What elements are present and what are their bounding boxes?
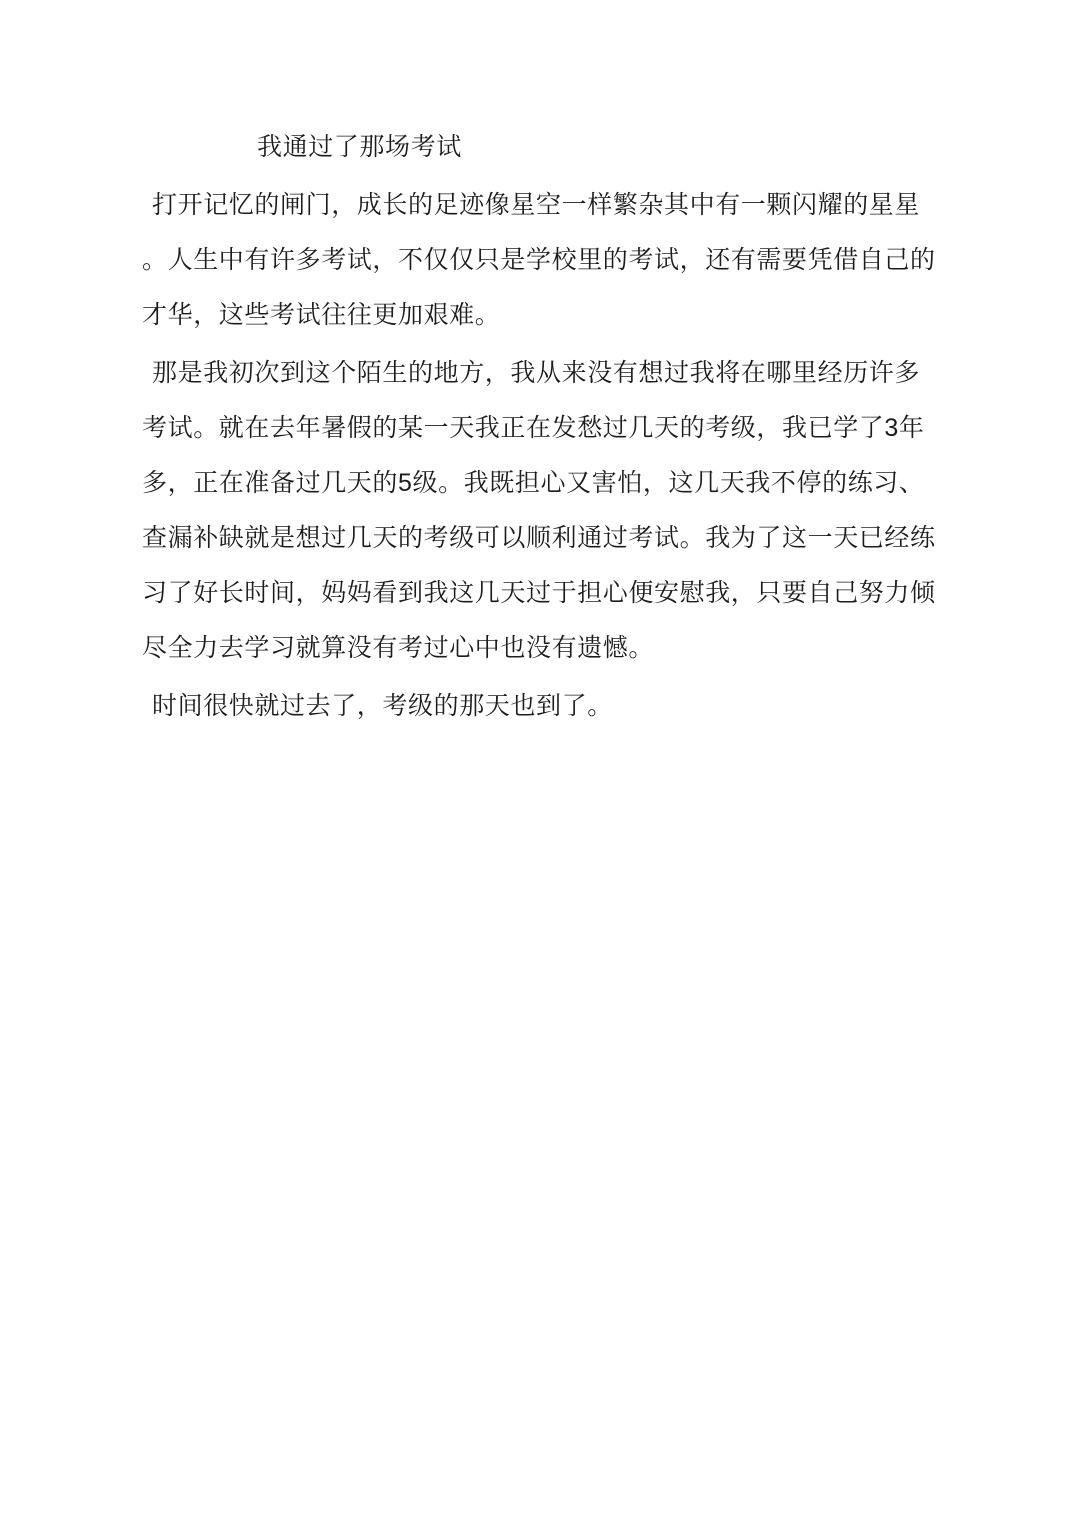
essay-line: 查漏补缺就是想过几天的考级可以顺利通过考试。我为了这一天已经练 bbox=[142, 511, 938, 566]
essay-line: 打开记忆的闸门，成长的足迹像星空一样繁杂其中有一颗闪耀的星星 bbox=[142, 178, 938, 233]
paragraph: 时间很快就过去了，考级的那天也到了。 bbox=[142, 679, 938, 734]
essay-line: 时间很快就过去了，考级的那天也到了。 bbox=[142, 679, 938, 734]
document-page: 我通过了那场考试 打开记忆的闸门，成长的足迹像星空一样繁杂其中有一颗闪耀的星星 … bbox=[0, 0, 1080, 1528]
essay-line: 才华，这些考试往往更加艰难。 bbox=[142, 288, 938, 343]
essay-line: 。人生中有许多考试，不仅仅只是学校里的考试，还有需要凭借自己的 bbox=[142, 233, 938, 288]
essay-line: 考试。就在去年暑假的某一天我正在发愁过几天的考级，我已学了3年 bbox=[142, 401, 938, 456]
essay-line: 多，正在准备过几天的5级。我既担心又害怕，这几天我不停的练习、 bbox=[142, 456, 938, 511]
essay-line: 尽全力去学习就算没有考过心中也没有遗憾。 bbox=[142, 621, 938, 676]
paragraph: 打开记忆的闸门，成长的足迹像星空一样繁杂其中有一颗闪耀的星星 。人生中有许多考试… bbox=[142, 178, 938, 343]
essay-title: 我通过了那场考试 bbox=[142, 120, 938, 175]
essay-line: 那是我初次到这个陌生的地方，我从来没有想过我将在哪里经历许多 bbox=[142, 346, 938, 401]
paragraph: 那是我初次到这个陌生的地方，我从来没有想过我将在哪里经历许多 考试。就在去年暑假… bbox=[142, 346, 938, 676]
essay-line: 习了好长时间，妈妈看到我这几天过于担心便安慰我，只要自己努力倾 bbox=[142, 566, 938, 621]
